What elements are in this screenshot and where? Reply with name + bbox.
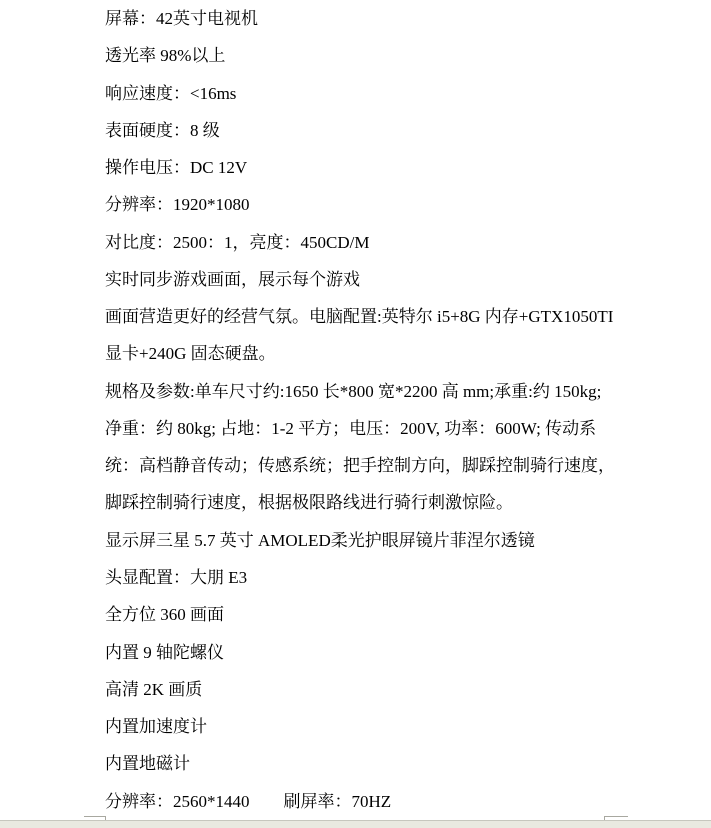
text-line: 表面硬度：8 级 bbox=[105, 112, 681, 149]
text-line: 透光率 98%以上 bbox=[105, 37, 681, 74]
text-line: 对比度：2500：1，亮度：450CD/M bbox=[105, 224, 681, 261]
text-line: 实时同步游戏画面，展示每个游戏 bbox=[105, 261, 681, 298]
text-line: 规格及参数:单车尺寸约:1650 长*800 宽*2200 高 mm;承重:约 … bbox=[105, 373, 681, 410]
text-line: 显示屏三星 5.7 英寸 AMOLED柔光护眼屏镜片菲涅尔透镜 bbox=[105, 522, 681, 559]
bottom-page-edge-strip bbox=[0, 820, 711, 828]
text-line: 内置地磁计 bbox=[105, 745, 681, 782]
text-line: 分辨率：1920*1080 bbox=[105, 186, 681, 223]
text-line: 统：高档静音传动；传感系统；把手控制方向，脚踩控制骑行速度， bbox=[105, 447, 681, 484]
text-line: 高清 2K 画质 bbox=[105, 671, 681, 708]
text-line: 净重：约 80kg; 占地：1-2 平方；电压：200V, 功率：600W; 传… bbox=[105, 410, 681, 447]
text-line: 操作电压：DC 12V bbox=[105, 149, 681, 186]
text-line: 画面营造更好的经营气氛。电脑配置:英特尔 i5+8G 内存+GTX1050TI bbox=[105, 298, 681, 335]
text-line: 脚踩控制骑行速度，根据极限路线进行骑行刺激惊险。 bbox=[105, 484, 681, 521]
document-page: 屏幕：42英寸电视机透光率 98%以上响应速度：<16ms表面硬度：8 级操作电… bbox=[0, 0, 711, 828]
text-line: 响应速度：<16ms bbox=[105, 75, 681, 112]
text-line: 屏幕：42英寸电视机 bbox=[105, 0, 681, 37]
document-body: 屏幕：42英寸电视机透光率 98%以上响应速度：<16ms表面硬度：8 级操作电… bbox=[0, 0, 711, 820]
text-line: 内置加速度计 bbox=[105, 708, 681, 745]
text-line: 内置 9 轴陀螺仪 bbox=[105, 634, 681, 671]
text-line: 全方位 360 画面 bbox=[105, 596, 681, 633]
text-line: 显卡+240G 固态硬盘。 bbox=[105, 335, 681, 372]
text-line: 头显配置：大朋 E3 bbox=[105, 559, 681, 596]
text-line: 分辨率：2560*1440 刷屏率：70HZ bbox=[105, 783, 681, 820]
